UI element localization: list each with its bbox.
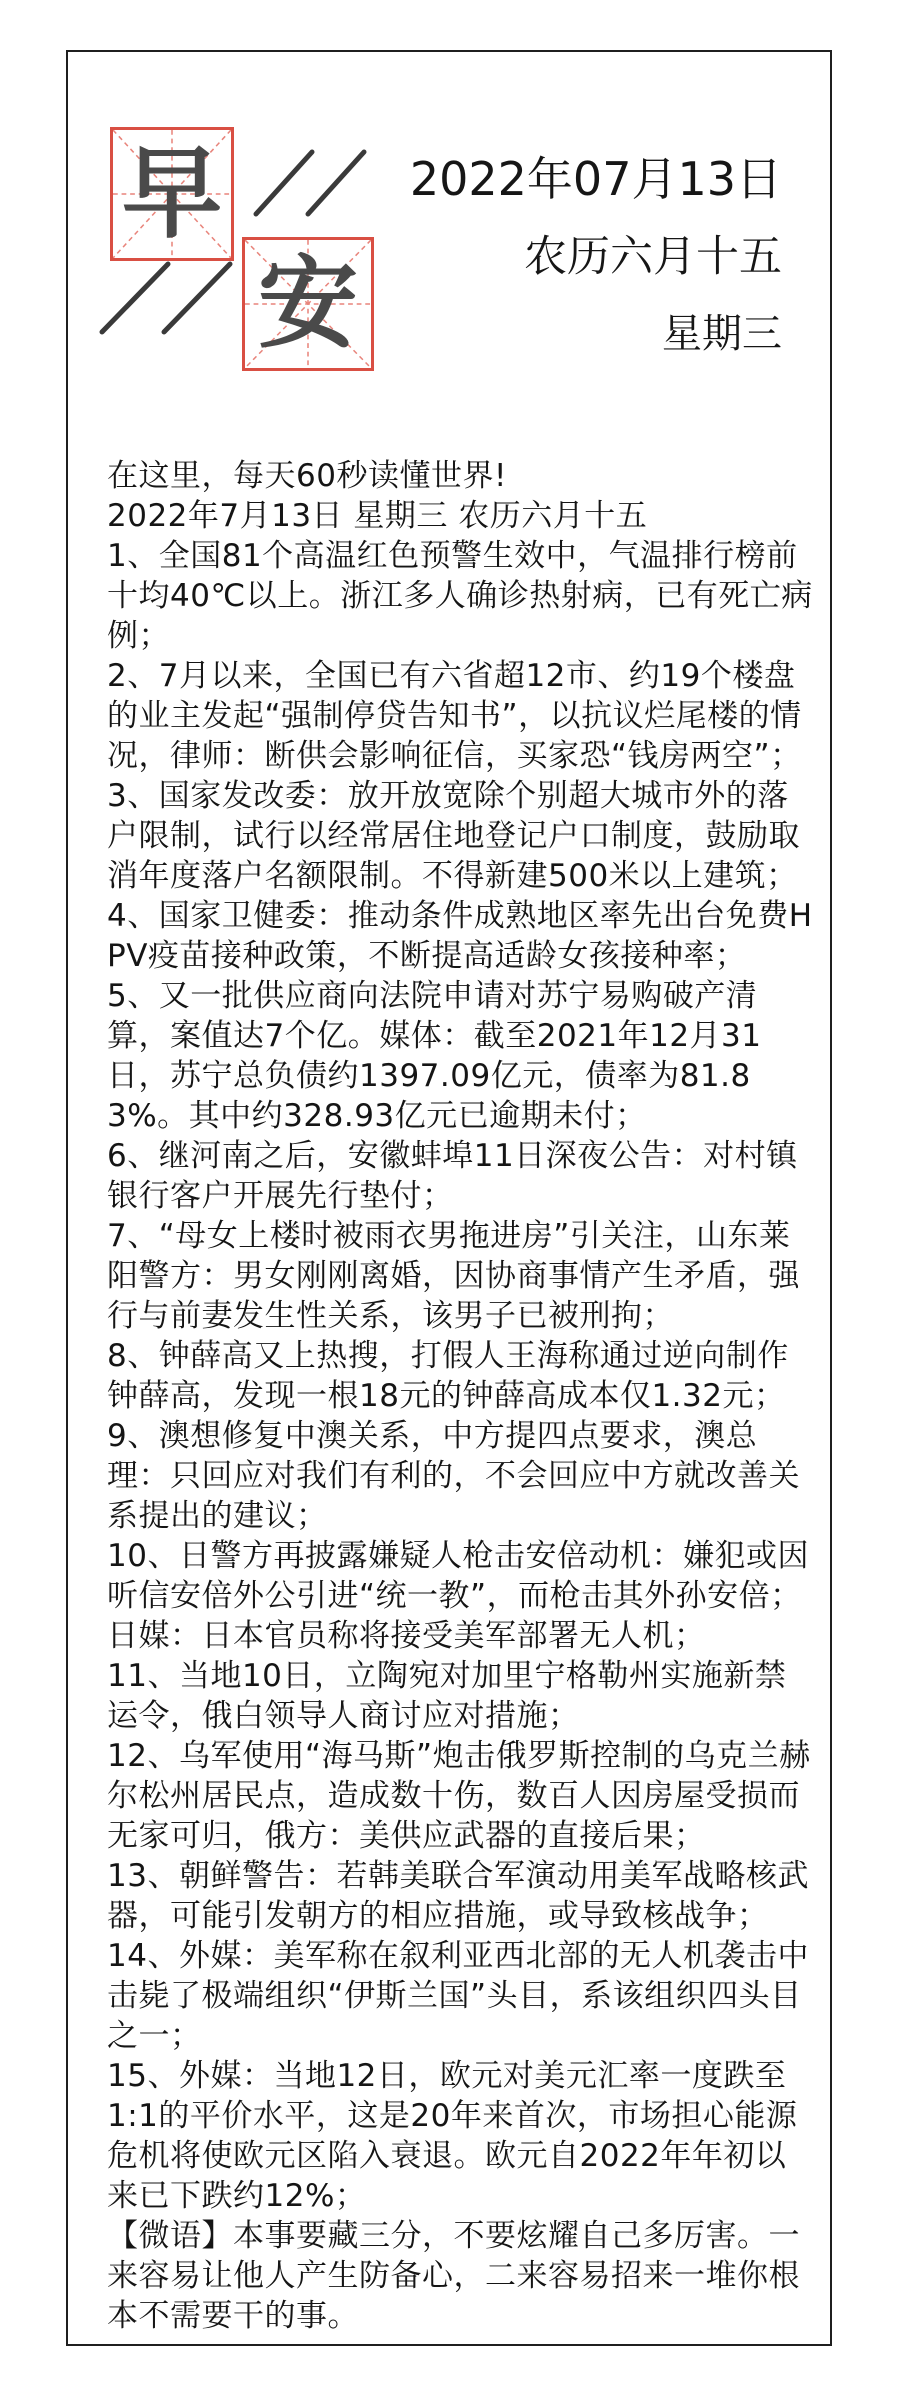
news-body: 在这里，每天60秒读懂世界! 2022年7月13日 星期三 农历六月十五 1、全… [68,456,830,2336]
news-item: 9、澳想修复中澳关系，中方提四点要求，澳总理：只回应对我们有利的，不会回应中方就… [107,1416,814,1536]
double-slash-icon [98,260,234,336]
intro-line: 在这里，每天60秒读懂世界! [107,456,814,496]
brand-char-box-zao: 早 [110,127,234,261]
weiyu-line: 【微语】本事要藏三分，不要炫耀自己多厉害。一来容易让他人产生防备心，二来容易招来… [107,2216,814,2336]
brand-char-box-an: 安 [242,237,374,371]
news-item: 7、“母女上楼时被雨衣男拖进房”引关注，山东莱阳警方：男女刚刚离婚，因协商事情产… [107,1216,814,1336]
weekday: 星期三 [662,296,782,372]
lunar-date: 农历六月十五 [524,218,782,296]
double-slash-icon [252,148,368,218]
news-item: 15、外媒：当地12日，欧元对美元汇率一度跌至1:1的平价水平，这是20年来首次… [107,2056,814,2216]
news-item: 14、外媒：美军称在叙利亚西北部的无人机袭击中击毙了极端组织“伊斯兰国”头目，系… [107,1936,814,2056]
poster-frame: 早 安 2022年07月13日 农历六月十五 星期三 在这里，每天60秒读懂世界… [66,50,832,2346]
news-item: 10、日警方再披露嫌疑人枪击安倍动机：嫌犯或因听信安倍外公引进“统一教”，而枪击… [107,1536,814,1656]
news-item: 4、国家卫健委：推动条件成熟地区率先出台免费HPV疫苗接种政策，不断提高适龄女孩… [107,896,814,976]
news-item: 6、继河南之后，安徽蚌埠11日深夜公告：对村镇银行客户开展先行垫付； [107,1136,814,1216]
date-line: 2022年7月13日 星期三 农历六月十五 [107,496,814,536]
brand-char-zao: 早 [113,130,231,258]
news-item: 1、全国81个高温红色预警生效中，气温排行榜前十均40℃以上。浙江多人确诊热射病… [107,536,814,656]
news-item: 11、当地10日，立陶宛对加里宁格勒州实施新禁运令，俄白领导人商讨应对措施； [107,1656,814,1736]
news-list: 1、全国81个高温红色预警生效中，气温排行榜前十均40℃以上。浙江多人确诊热射病… [107,536,814,2216]
news-item: 12、乌军使用“海马斯”炮击俄罗斯控制的乌克兰赫尔松州居民点，造成数十伤，数百人… [107,1736,814,1856]
brand-char-an: 安 [245,240,371,368]
date-block: 2022年07月13日 农历六月十五 星期三 [410,140,782,372]
news-item: 2、7月以来，全国已有六省超12市、约19个楼盘的业主发起“强制停贷告知书”，以… [107,656,814,776]
news-item: 3、国家发改委：放开放宽除个别超大城市外的落户限制，试行以经常居住地登记户口制度… [107,776,814,896]
news-item: 5、又一批供应商向法院申请对苏宁易购破产清算，案值达7个亿。媒体：截至2021年… [107,976,814,1136]
news-item: 13、朝鲜警告：若韩美联合军演动用美军战略核武器，可能引发朝方的相应措施，或导致… [107,1856,814,1936]
news-item: 8、钟薛高又上热搜，打假人王海称通过逆向制作钟薛高，发现一根18元的钟薛高成本仅… [107,1336,814,1416]
gregorian-date: 2022年07月13日 [410,140,782,218]
